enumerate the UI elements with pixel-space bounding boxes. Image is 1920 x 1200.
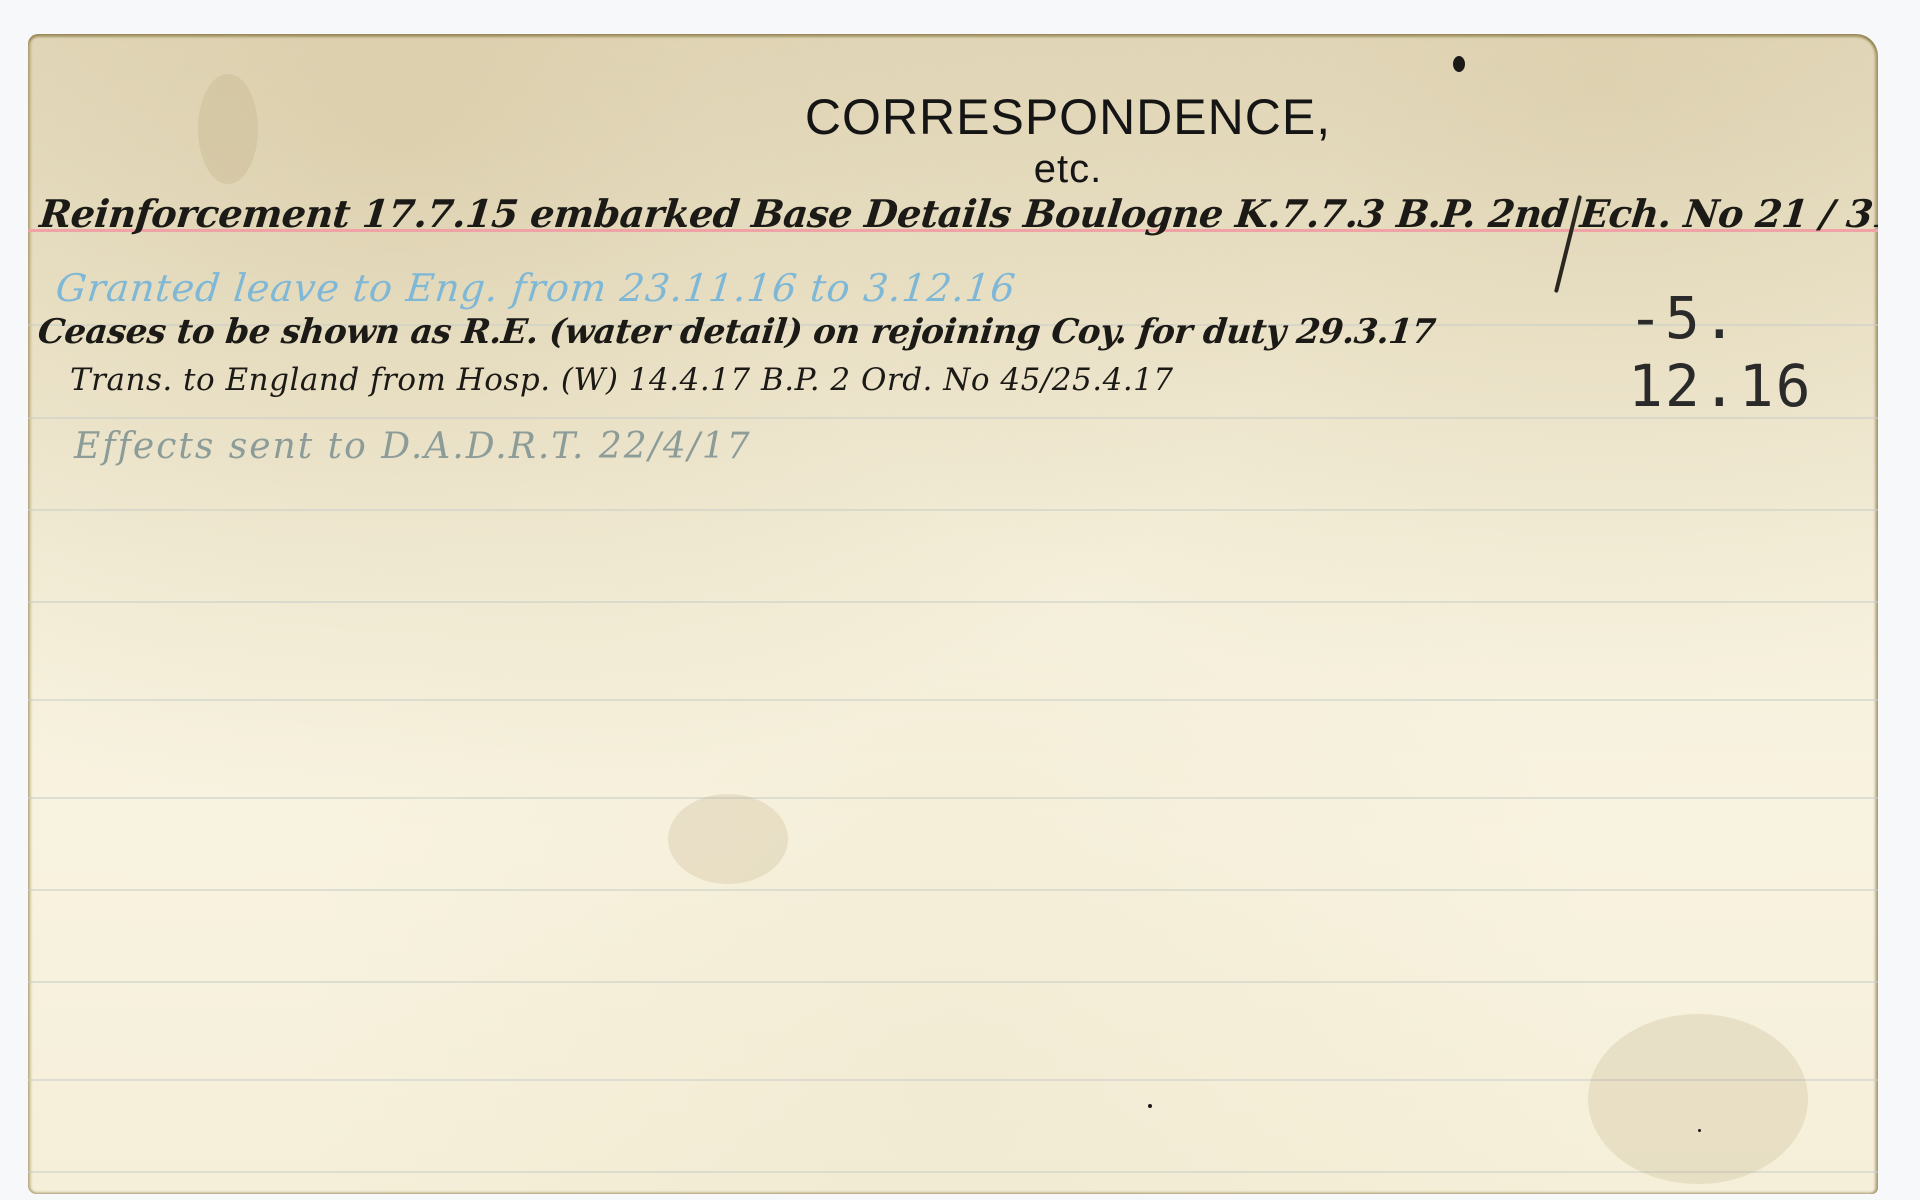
scan-background: CORRESPONDENCE, etc. Reinforcement 17.7.…: [0, 0, 1920, 1200]
ruled-line: [28, 417, 1878, 419]
ink-blot: [1453, 56, 1465, 72]
entry-effects-sent: Effects sent to D.A.D.R.T. 22/4/17: [74, 426, 752, 467]
correspondence-record-card: CORRESPONDENCE, etc. Reinforcement 17.7.…: [28, 34, 1878, 1194]
ruled-line: [28, 797, 1878, 799]
entry-reinforcement: Reinforcement 17.7.15 embarked Base Deta…: [38, 191, 1878, 236]
entry-leave-granted: Granted leave to Eng. from 23.11.16 to 3…: [54, 266, 1018, 310]
card-subheading: etc.: [28, 147, 1878, 192]
paper-stain: [1588, 1014, 1808, 1184]
ruled-line: [28, 1171, 1878, 1173]
ruled-line: [28, 601, 1878, 603]
date-stamp: -5. 12.16: [1628, 284, 1878, 420]
entry-ceases-re: Ceases to be shown as R.E. (water detail…: [36, 312, 1437, 352]
ruled-line: [28, 699, 1878, 701]
ink-speck: [1698, 1129, 1701, 1132]
ruled-line: [28, 889, 1878, 891]
ruled-line: [28, 981, 1878, 983]
entry-transfer-england: Trans. to England from Hosp. (W) 14.4.17…: [70, 362, 1174, 398]
ink-speck: [1148, 1104, 1152, 1108]
ruled-line: [28, 509, 1878, 511]
card-heading: CORRESPONDENCE,: [28, 88, 1878, 146]
paper-stain: [668, 794, 788, 884]
